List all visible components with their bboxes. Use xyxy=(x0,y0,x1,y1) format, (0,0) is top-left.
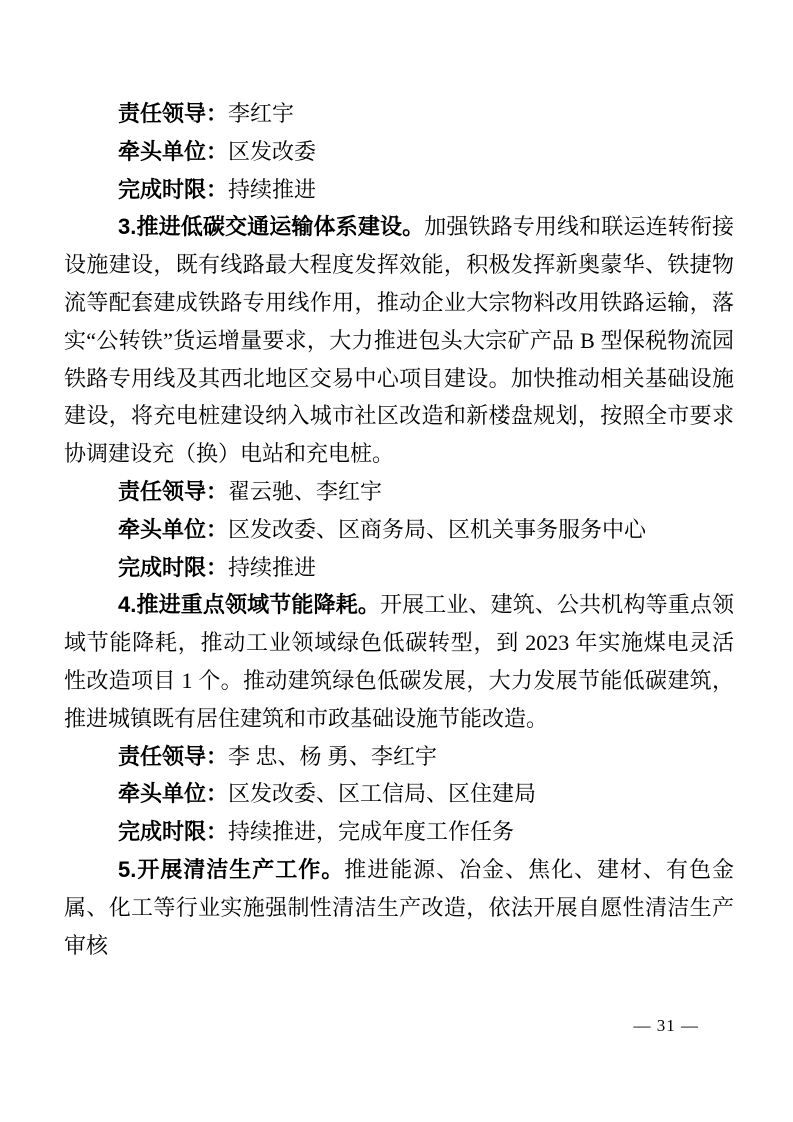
paragraph-text: 加强铁路专用线和联运连转衔接设施建设，既有线路最大程度发挥效能，积极发挥新奥蒙华… xyxy=(64,214,734,466)
meta-label: 责任领导： xyxy=(118,479,228,504)
meta-line-lead-unit: 牵头单位：区发改委、区工信局、区住建局 xyxy=(64,775,734,813)
meta-value: 李红宇 xyxy=(228,101,294,126)
meta-value: 持续推进，完成年度工作任务 xyxy=(228,819,514,844)
paragraph-heading: 4.推进重点领域节能降耗。 xyxy=(118,592,380,617)
meta-line-lead-unit: 牵头单位：区发改委、区商务局、区机关事务服务中心 xyxy=(64,511,734,549)
meta-value: 区发改委 xyxy=(228,139,316,164)
meta-line-deadline: 完成时限：持续推进 xyxy=(64,549,734,587)
meta-line-responsible-leader: 责任领导：翟云驰、李红宇 xyxy=(64,473,734,511)
meta-line-responsible-leader: 责任领导：李红宇 xyxy=(64,95,734,133)
meta-label: 责任领导： xyxy=(118,101,228,126)
meta-label: 责任领导： xyxy=(118,744,228,769)
paragraph-item-4: 4.推进重点领域节能降耗。开展工业、建筑、公共机构等重点领域节能降耗，推动工业领… xyxy=(64,586,734,737)
meta-label: 牵头单位： xyxy=(118,517,228,542)
page-number: — 31 — xyxy=(634,1016,700,1036)
meta-value: 翟云驰、李红宇 xyxy=(228,479,382,504)
meta-line-responsible-leader: 责任领导：李 忠、杨 勇、李红宇 xyxy=(64,738,734,776)
paragraph-heading: 3.推进低碳交通运输体系建设。 xyxy=(118,214,424,239)
meta-line-deadline: 完成时限：持续推进 xyxy=(64,171,734,209)
meta-value: 持续推进 xyxy=(228,177,316,202)
paragraph-item-5: 5.开展清洁生产工作。推进能源、冶金、焦化、建材、有色金属、化工等行业实施强制性… xyxy=(64,851,734,964)
meta-value: 区发改委、区工信局、区住建局 xyxy=(228,781,536,806)
meta-value: 李 忠、杨 勇、李红宇 xyxy=(228,744,437,769)
meta-label: 完成时限： xyxy=(118,555,228,580)
meta-value: 区发改委、区商务局、区机关事务服务中心 xyxy=(228,517,646,542)
meta-label: 牵头单位： xyxy=(118,139,228,164)
meta-line-lead-unit: 牵头单位：区发改委 xyxy=(64,133,734,171)
meta-label: 完成时限： xyxy=(118,177,228,202)
meta-label: 牵头单位： xyxy=(118,781,228,806)
meta-label: 完成时限： xyxy=(118,819,228,844)
paragraph-heading: 5.开展清洁生产工作。 xyxy=(118,857,344,882)
document-body: 责任领导：李红宇 牵头单位：区发改委 完成时限：持续推进 3.推进低碳交通运输体… xyxy=(64,95,734,964)
meta-line-deadline: 完成时限：持续推进，完成年度工作任务 xyxy=(64,813,734,851)
paragraph-item-3: 3.推进低碳交通运输体系建设。加强铁路专用线和联运连转衔接设施建设，既有线路最大… xyxy=(64,208,734,473)
meta-value: 持续推进 xyxy=(228,555,316,580)
